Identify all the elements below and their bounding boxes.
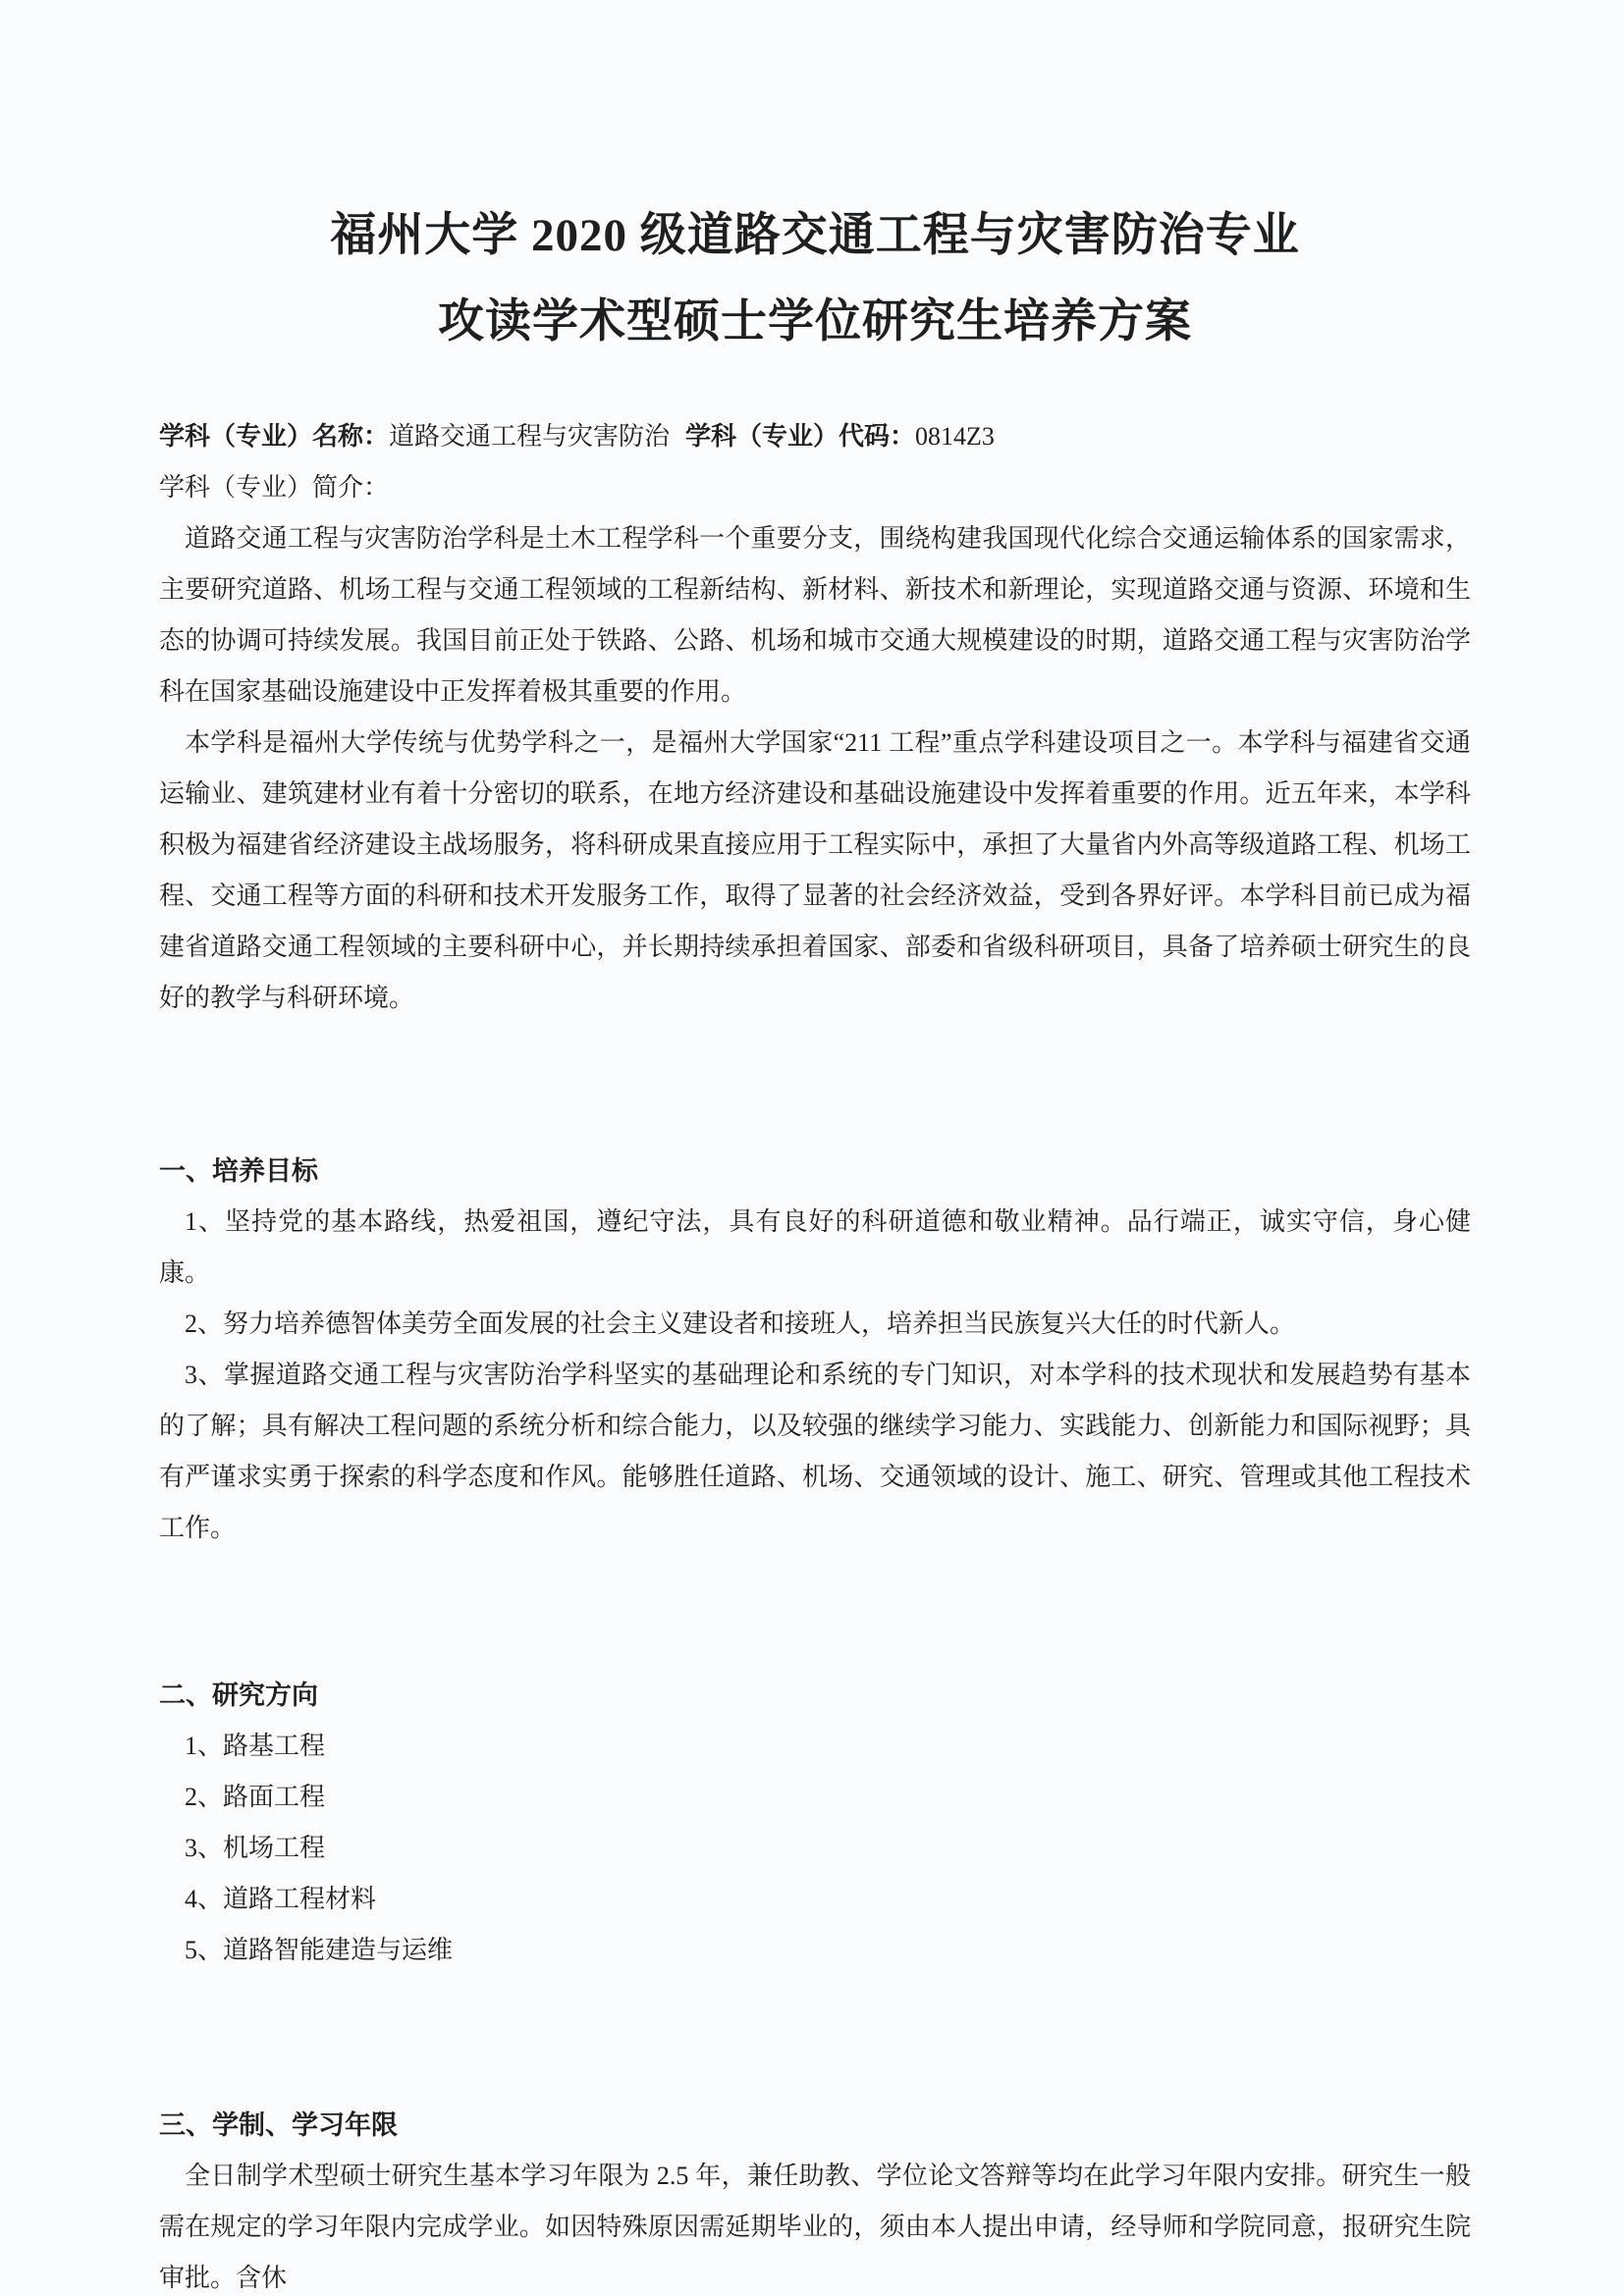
direction-item-2: 2、路面工程 [159,1772,1471,1823]
major-code-value: 0814Z3 [915,422,995,451]
document-page: 福州大学 2020 级道路交通工程与灾害防治专业 攻读学术型硕士学位研究生培养方… [0,0,1624,2296]
direction-item-4: 4、道路工程材料 [159,1874,1471,1925]
direction-item-1: 1、路基工程 [159,1721,1471,1772]
major-meta-block: 学科（专业）名称：道路交通工程与灾害防治学科（专业）代码：0814Z3 学科（专… [159,411,1471,513]
major-name-code-line: 学科（专业）名称：道路交通工程与灾害防治学科（专业）代码：0814Z3 [159,411,1471,462]
direction-item-3: 3、机场工程 [159,1823,1471,1874]
duration-paragraph: 全日制学术型硕士研究生基本学习年限为 2.5 年，兼任助教、学位论文答辩等均在此… [159,2151,1471,2296]
goal-item-2: 2、努力培养德智体美劳全面发展的社会主义建设者和接班人，培养担当民族复兴大任的时… [159,1299,1471,1350]
major-code-label: 学科（专业）代码： [685,422,915,451]
goal-item-3: 3、掌握道路交通工程与灾害防治学科坚实的基础理论和系统的专门知识，对本学科的技术… [159,1350,1471,1554]
section-heading-goals: 一、培养目标 [159,1146,1471,1197]
section-heading-duration: 三、学制、学习年限 [159,2100,1471,2151]
doc-title: 福州大学 2020 级道路交通工程与灾害防治专业 攻读学术型硕士学位研究生培养方… [159,192,1471,365]
intro-paragraph-2: 本学科是福州大学传统与优势学科之一，是福州大学国家“211 工程”重点学科建设项… [159,718,1471,1024]
section-heading-directions: 二、研究方向 [159,1670,1471,1721]
major-name-value: 道路交通工程与灾害防治 [389,422,670,451]
intro-paragraph-1: 道路交通工程与灾害防治学科是土木工程学科一个重要分支，围绕构建我国现代化综合交通… [159,513,1471,718]
direction-item-5: 5、道路智能建造与运维 [159,1925,1471,1976]
major-name-label: 学科（专业）名称： [159,422,389,451]
doc-title-line-1: 福州大学 2020 级道路交通工程与灾害防治专业 [159,192,1471,279]
doc-title-line-2: 攻读学术型硕士学位研究生培养方案 [159,279,1471,365]
goal-item-1: 1、坚持党的基本路线，热爱祖国，遵纪守法，具有良好的科研道德和敬业精神。品行端正… [159,1197,1471,1299]
major-intro-label: 学科（专业）简介： [159,462,1471,513]
